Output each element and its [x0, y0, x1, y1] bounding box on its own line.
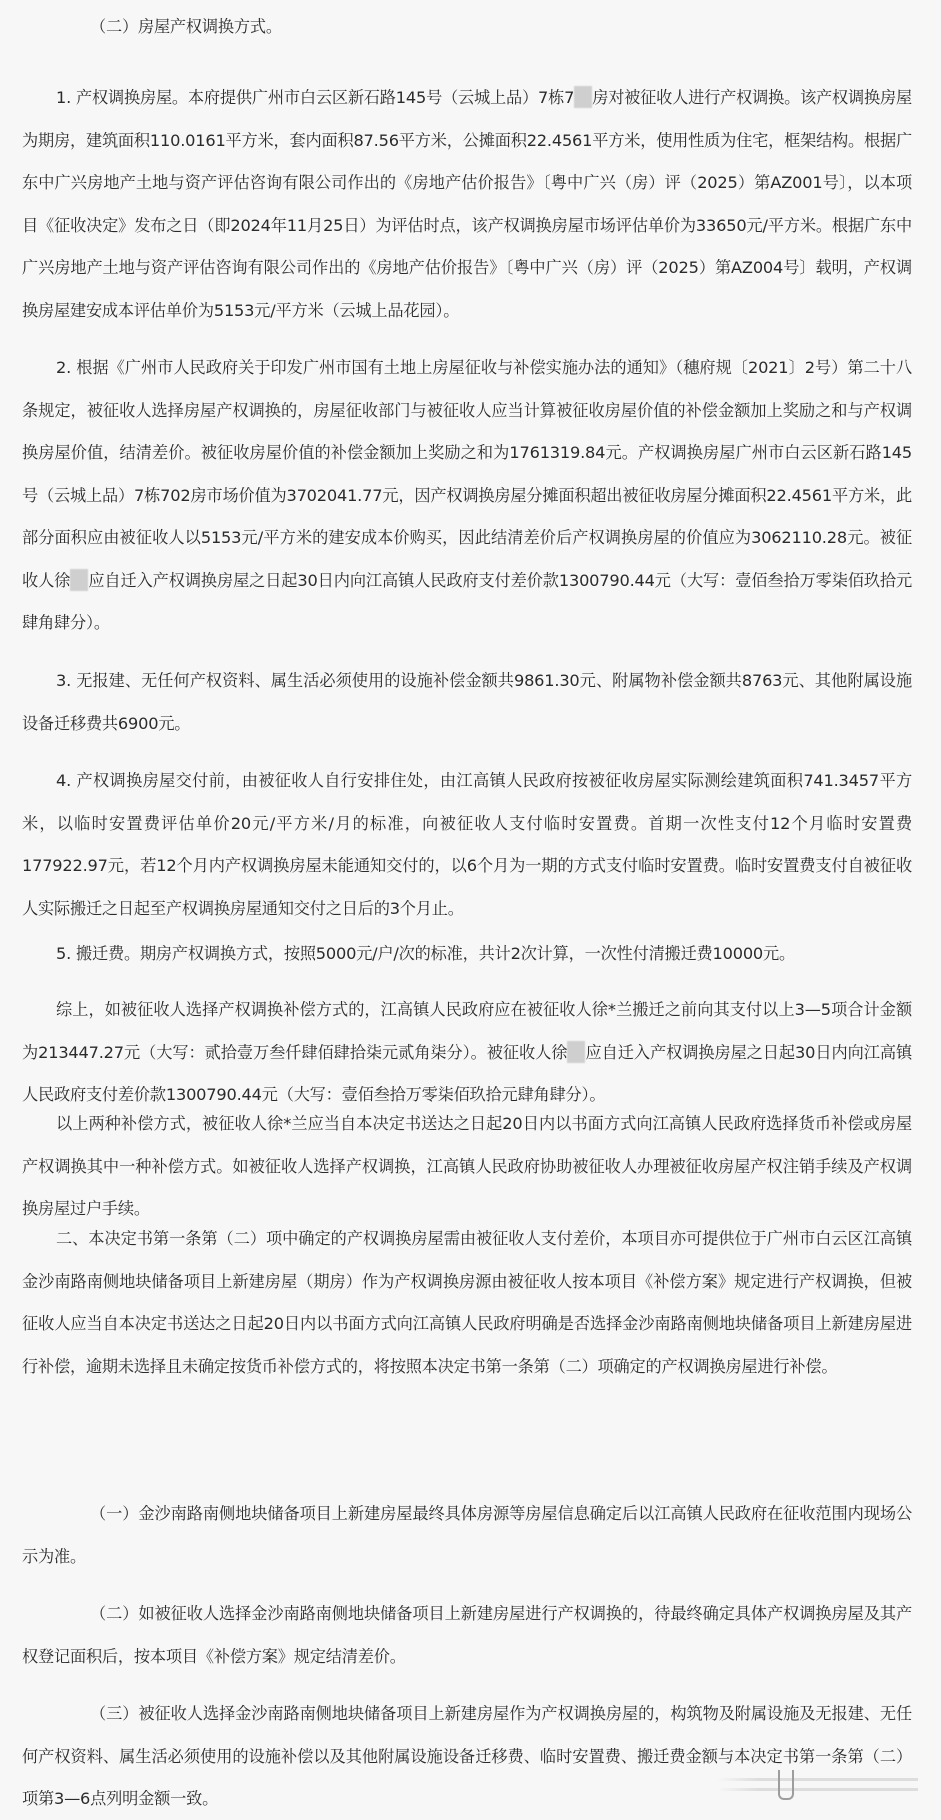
paragraph-choice: 以上两种补偿方式，被征收人徐*兰应当自本决定书送达之日起20日内以书面方式向江高… [22, 1103, 912, 1231]
paragraph-article-2: 二、本决定书第一条第（二）项中确定的产权调换房屋需由被征收人支付差价，本项目亦可… [22, 1218, 912, 1388]
paragraph-text: 房对被征收人进行产权调换。该产权调换房屋为期房，建筑面积110.0161平方米，… [22, 88, 912, 320]
redaction-block [574, 86, 592, 108]
paragraph-item-2: 2. 根据《广州市人民政府关于印发广州市国有土地上房屋征收与补偿实施办法的通知》… [22, 347, 912, 645]
paragraph-summary: 综上，如被征收人选择产权调换补偿方式的，江高镇人民政府应在被征收人徐*兰搬迁之前… [22, 989, 912, 1117]
watermark-line [718, 1778, 918, 1781]
paragraph-text: 2. 根据《广州市人民政府关于印发广州市国有土地上房屋征收与补偿实施办法的通知》… [22, 358, 912, 590]
section-heading: （二）房屋产权调换方式。 [22, 6, 912, 49]
redaction-block [567, 1041, 585, 1063]
paragraph-text: 应自迁入产权调换房屋之日起30日内向江高镇人民政府支付差价款1300790.44… [22, 571, 912, 633]
watermark-glyph [778, 1770, 794, 1800]
watermark-line [718, 1788, 918, 1791]
paragraph-item-1: 1. 产权调换房屋。本府提供广州市白云区新石路145号（云城上品）7栋7房对被征… [22, 77, 912, 332]
redaction-block [70, 569, 88, 591]
paragraph-article-2-1: （一）金沙南路南侧地块储备项目上新建房屋最终具体房源等房屋信息确定后以江高镇人民… [22, 1493, 912, 1578]
paragraph-article-2-2: （二）如被征收人选择金沙南路南侧地块储备项目上新建房屋进行产权调换的，待最终确定… [22, 1593, 912, 1678]
paragraph-item-3: 3. 无报建、无任何产权资料、属生活必须使用的设施补偿金额共9861.30元、附… [22, 660, 912, 745]
paragraph-item-4: 4. 产权调换房屋交付前，由被征收人自行安排住处，由江高镇人民政府按被征收房屋实… [22, 760, 912, 930]
watermark-logo-icon [718, 1770, 918, 1802]
paragraph-text: 1. 产权调换房屋。本府提供广州市白云区新石路145号（云城上品）7栋7 [56, 88, 574, 107]
paragraph-item-5: 5. 搬迁费。期房产权调换方式，按照5000元/户/次的标准，共计2次计算，一次… [22, 933, 912, 976]
